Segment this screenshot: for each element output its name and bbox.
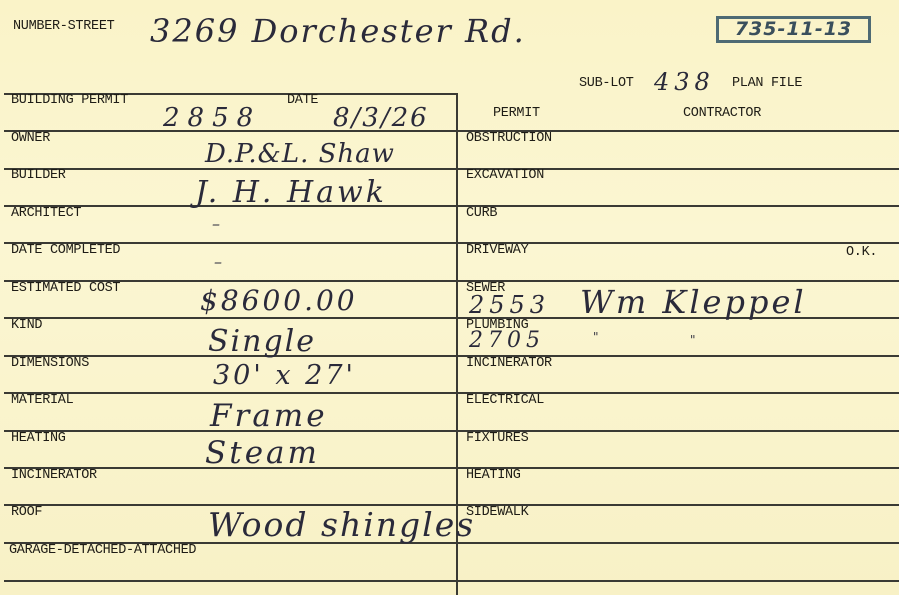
incinerator-label: INCINERATOR <box>11 468 97 483</box>
kind-label: KIND <box>11 318 42 333</box>
kind-value: Single <box>208 324 316 359</box>
plumbing-contractor-ditto-2: " <box>690 333 696 347</box>
roof-label: ROOF <box>11 505 42 520</box>
fixtures-label: FIXTURES <box>466 431 528 446</box>
rule <box>4 392 899 394</box>
roof-value: Wood shingles <box>208 505 475 544</box>
owner-value: D.P.&L. Shaw <box>205 139 395 169</box>
date-completed-label: DATE COMPLETED <box>11 243 120 258</box>
material-value: Frame <box>210 398 328 434</box>
number-street-value: 3269 Dorchester Rd. <box>150 12 526 50</box>
rule <box>4 280 899 282</box>
rule <box>4 242 899 244</box>
plumbing-contractor-ditto: " <box>593 330 599 344</box>
contractor-column-header: CONTRACTOR <box>683 106 761 121</box>
building-permit-card: NUMBER-STREET 3269 Dorchester Rd. 735-11… <box>0 0 899 595</box>
permit-column-header: PERMIT <box>493 106 540 121</box>
rule <box>4 205 899 207</box>
sidewalk-label: SIDEWALK <box>466 505 528 520</box>
excavation-label: EXCAVATION <box>466 168 544 183</box>
driveway-note: O.K. <box>846 245 877 260</box>
rule <box>4 430 899 432</box>
curb-label: CURB <box>466 206 497 221</box>
dimensions-label: DIMENSIONS <box>11 356 89 371</box>
rule <box>4 580 899 582</box>
heating-permit-label: HEATING <box>466 468 521 483</box>
plan-file-label: PLAN FILE <box>732 76 802 91</box>
plumbing-permit-value: 2705 <box>469 328 545 353</box>
architect-label: ARCHITECT <box>11 206 81 221</box>
building-permit-value: 2858 <box>163 103 261 133</box>
material-label: MATERIAL <box>11 393 73 408</box>
rule <box>4 467 899 469</box>
architect-value: – <box>212 214 220 233</box>
obstruction-label: OBSTRUCTION <box>466 131 552 146</box>
estimated-cost-value: $8600.00 <box>200 284 358 317</box>
sewer-contractor-value: Wm Kleppel <box>580 283 807 321</box>
incinerator-permit-label: INCINERATOR <box>466 356 552 371</box>
date-completed-value: – <box>214 252 222 271</box>
sub-lot-value: 438 <box>654 68 715 96</box>
sewer-permit-value: 2553 <box>469 291 550 319</box>
estimated-cost-label: ESTIMATED COST <box>11 281 120 296</box>
electrical-label: ELECTRICAL <box>466 393 544 408</box>
dimensions-value: 30' x 27' <box>213 360 356 391</box>
builder-value: J. H. Hawk <box>195 175 387 210</box>
driveway-label: DRIVEWAY <box>466 243 528 258</box>
garage-label: GARAGE-DETACHED-ATTACHED <box>9 543 196 558</box>
date-value: 8/3/26 <box>333 103 429 133</box>
rule <box>4 130 899 132</box>
owner-label: OWNER <box>11 131 50 146</box>
card-stamp-number: 735-11-13 <box>716 16 871 43</box>
builder-label: BUILDER <box>11 168 66 183</box>
date-label: DATE <box>287 93 318 108</box>
rule <box>4 168 899 170</box>
rule <box>4 355 899 357</box>
heating-label: HEATING <box>11 431 66 446</box>
building-permit-label: BUILDING PERMIT <box>11 93 128 108</box>
sub-lot-label: SUB-LOT <box>579 76 634 91</box>
heating-value: Steam <box>205 435 320 471</box>
number-street-label: NUMBER-STREET <box>13 19 114 34</box>
